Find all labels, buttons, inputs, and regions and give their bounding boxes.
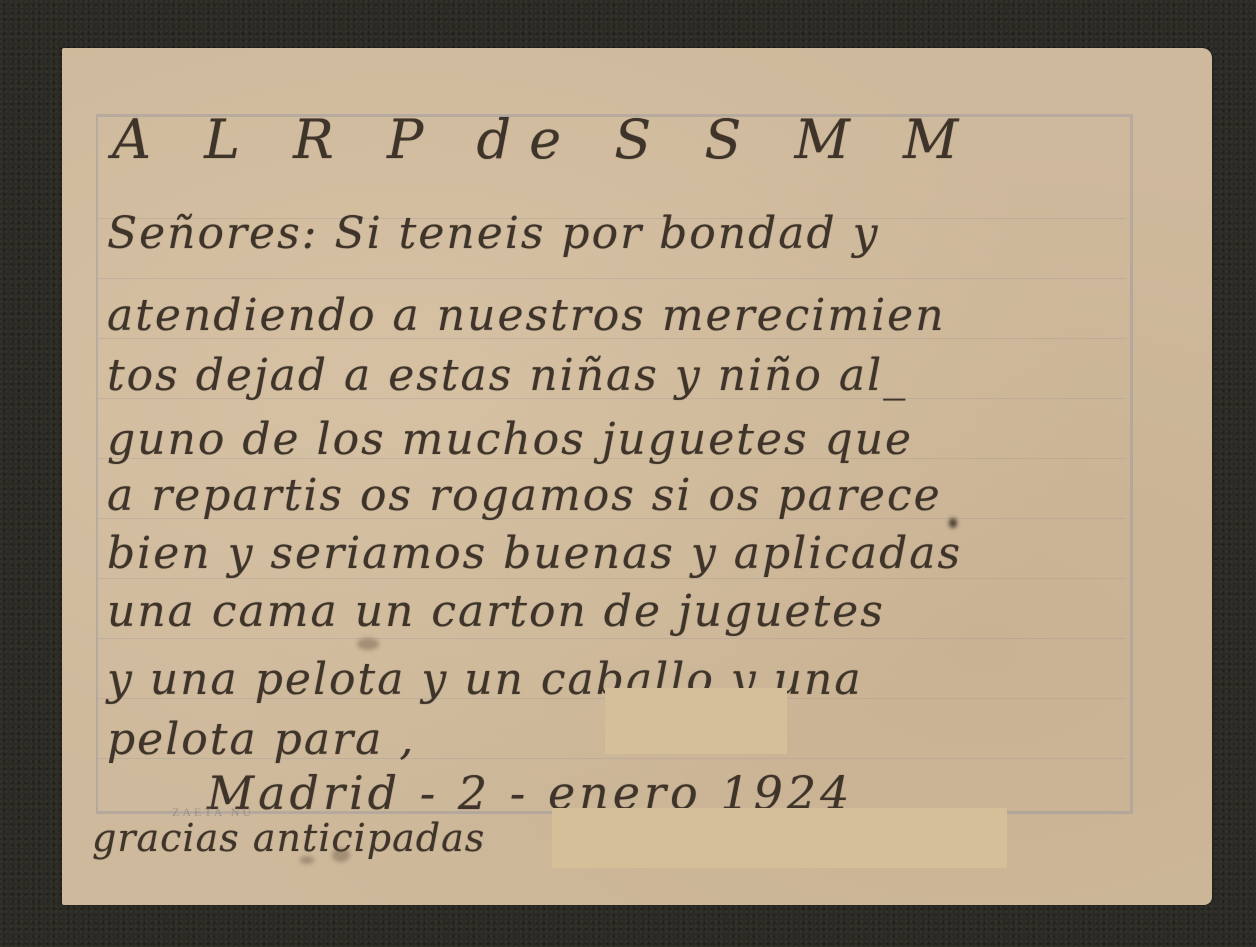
letter-line-3: tos dejad a estas niñas y niño al_	[107, 350, 907, 401]
salutation-heading: A L R P de S S M M	[112, 108, 976, 171]
letter-line-6: bien y seriamos buenas y aplicadas	[107, 528, 962, 579]
letter-line-2: atendiendo a nuestros merecimien	[107, 290, 946, 341]
redacted-name-1	[605, 688, 787, 754]
ink-smudge	[357, 638, 379, 650]
closing-line: gracias anticipadas	[92, 816, 485, 860]
letter-line-5: a repartis os rogamos si os parece	[107, 470, 942, 521]
ink-smudge	[332, 848, 350, 862]
ink-smudge	[300, 856, 314, 864]
letter-line-9: pelota para ,	[107, 714, 415, 765]
letter-paper: A L R P de S S M M Señores: Si teneis po…	[62, 48, 1212, 905]
ruled-line	[98, 278, 1126, 279]
letter-line-7: una cama un carton de juguetes	[107, 586, 885, 637]
letter-line-1: Señores: Si teneis por bondad y	[107, 208, 880, 259]
letter-line-4: guno de los muchos juguetes que	[107, 414, 913, 465]
ruled-line	[98, 638, 1126, 639]
redacted-name-2	[552, 808, 1007, 868]
ink-blot	[949, 518, 957, 528]
